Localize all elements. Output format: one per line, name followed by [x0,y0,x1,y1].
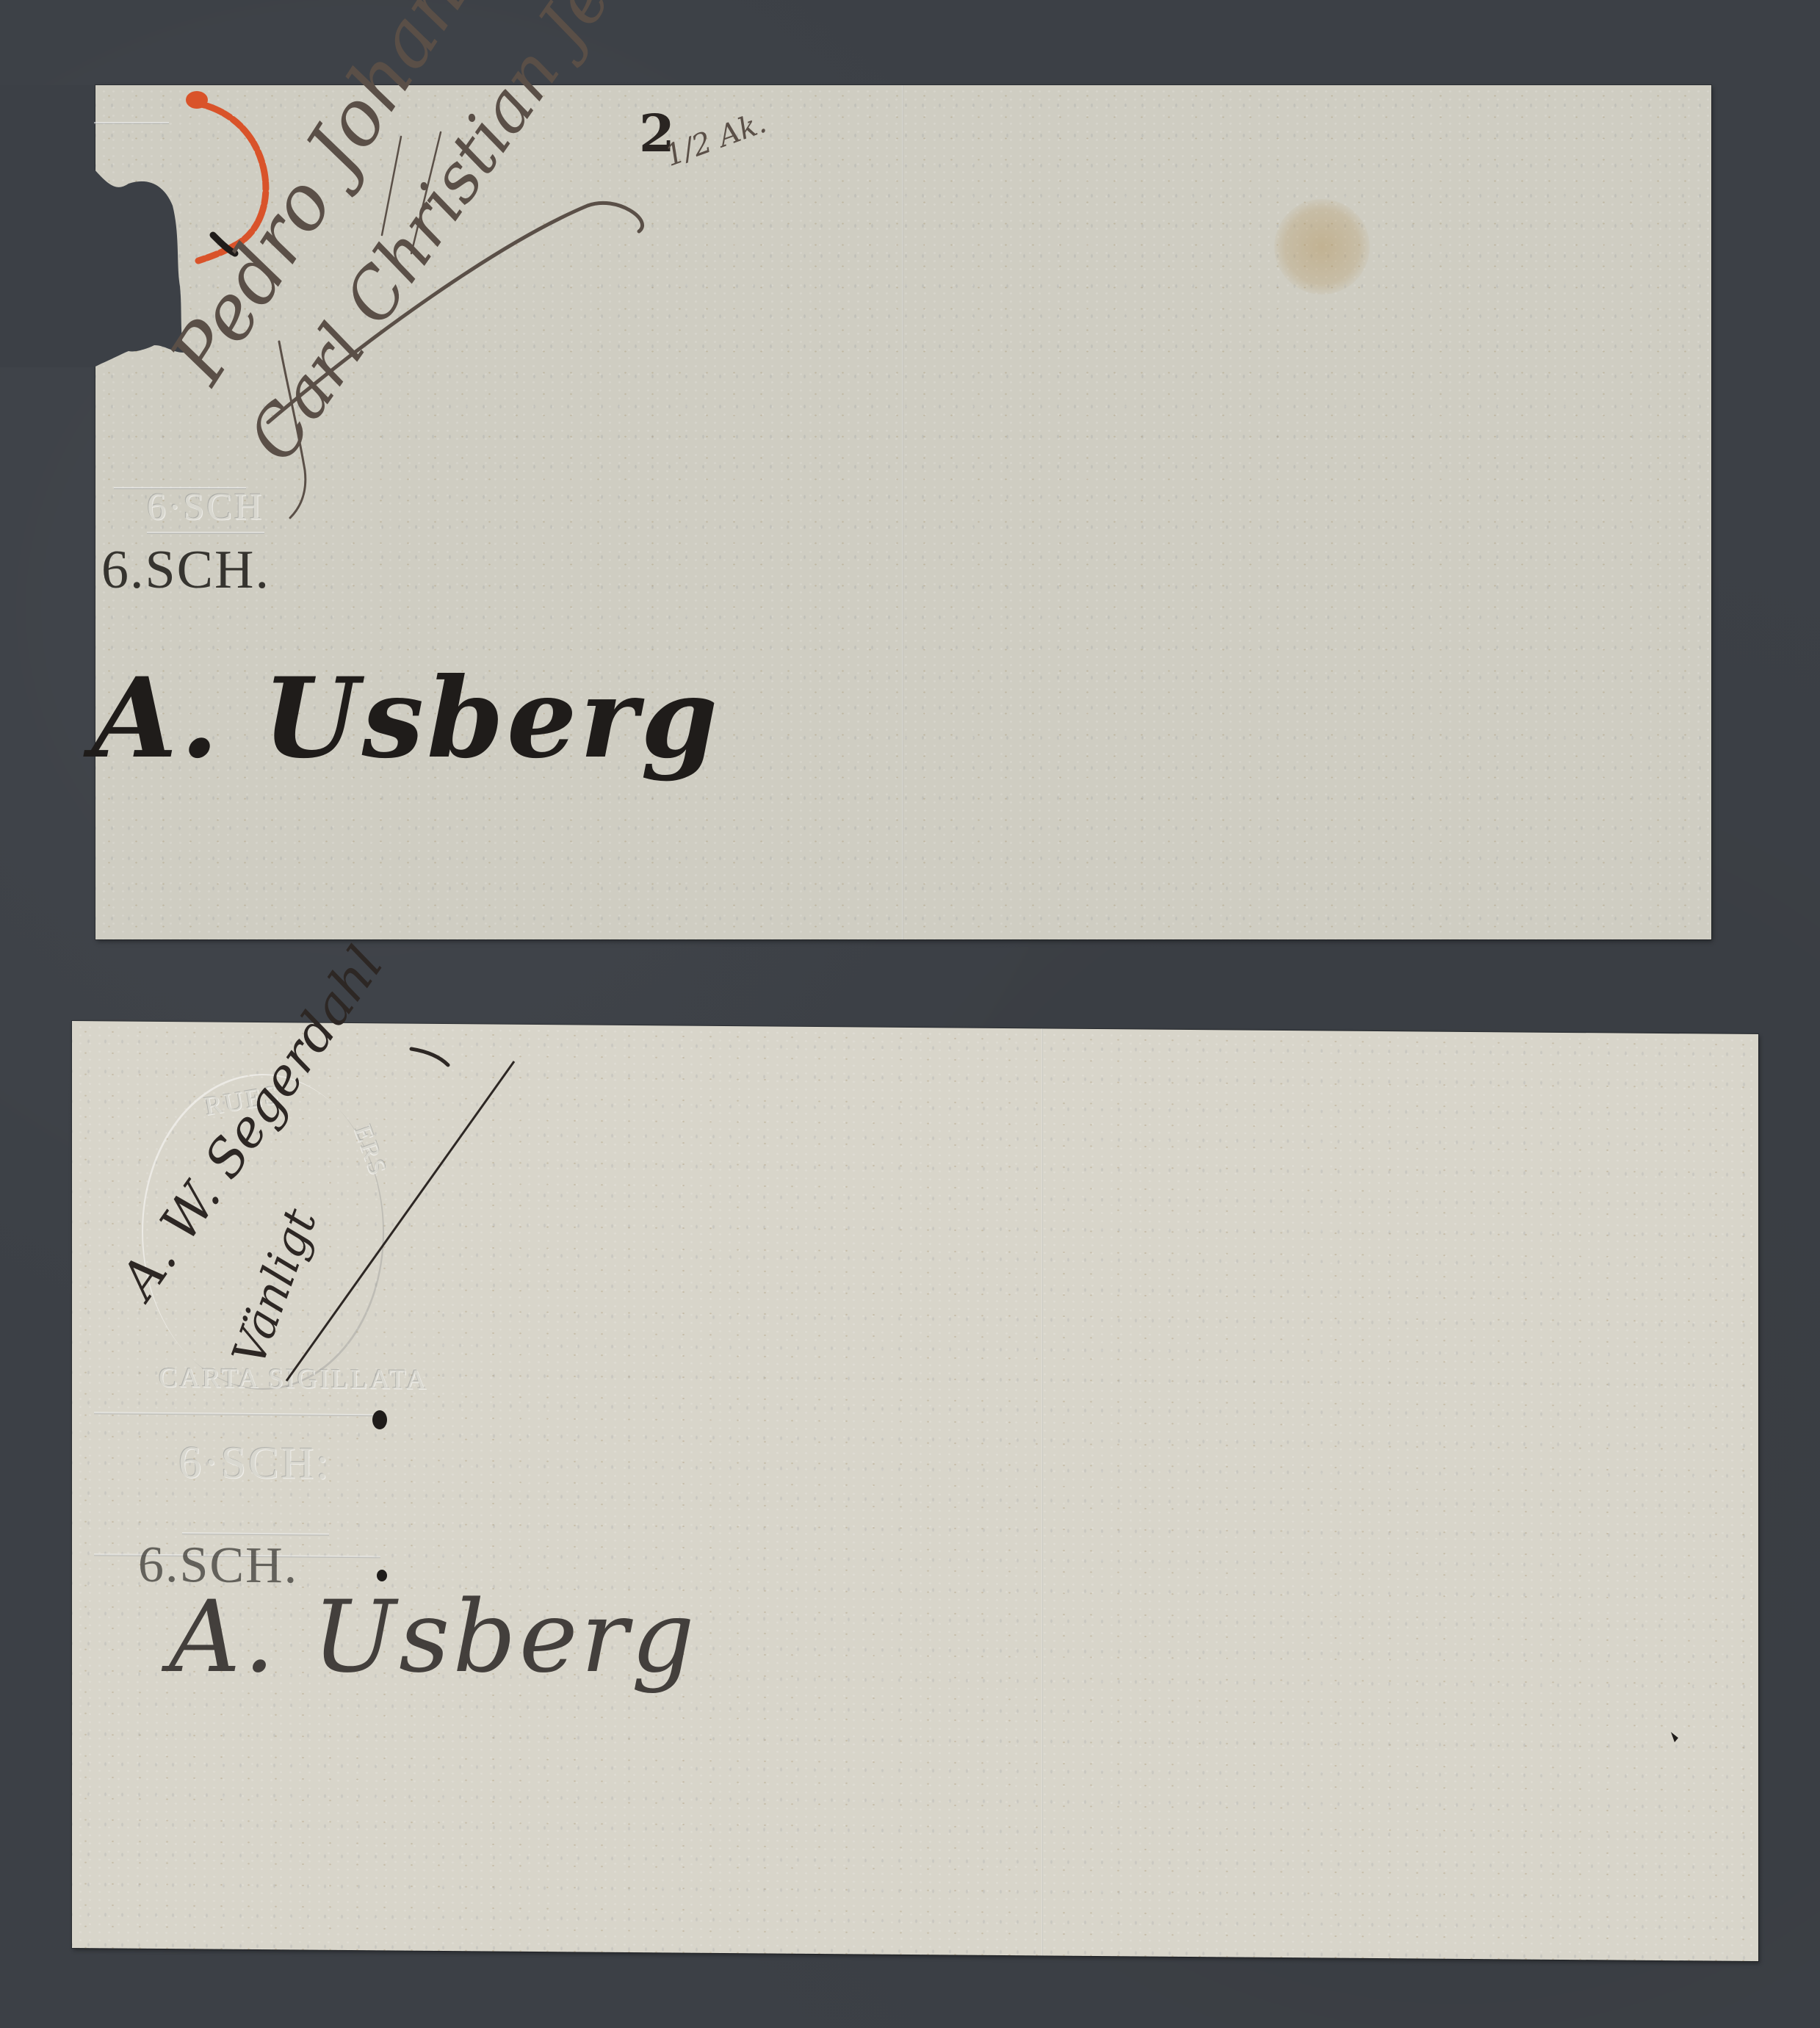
emboss-rule [81,122,169,124]
embossed-value: 6·SCH [147,486,264,529]
fold-line [1041,1028,1043,1955]
handstamp-signature: A. Usberg [92,654,721,783]
document-sheet-bottom: RUES ERS CARTA SIGILLATA 6·SCH: 6.SCH. [72,1021,1758,1961]
handstamp-value: 6.SCH. [101,539,270,602]
embossed-value: 6·SCH: [178,1437,331,1490]
emboss-rule [147,532,264,534]
handstamp-signature: A. Usberg [169,1579,698,1695]
fold-line [902,85,903,939]
foxing-stain [1274,199,1370,295]
embossed-legend-bottom: CARTA SIGILLATA [159,1362,428,1396]
